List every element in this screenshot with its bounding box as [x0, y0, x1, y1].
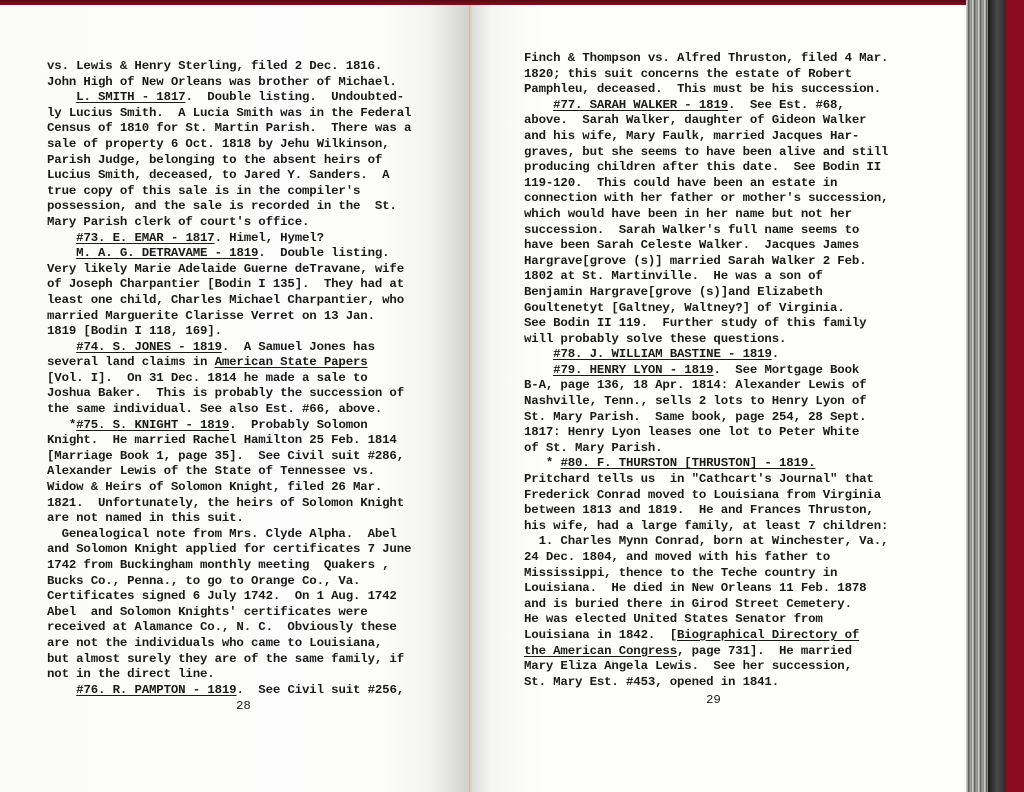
- text-segment: [524, 98, 553, 112]
- text-line: Bucks Co., Penna., to go to Orange Co., …: [47, 574, 411, 590]
- text-line: * #80. F. THURSTON [THRUSTON] - 1819.: [524, 456, 888, 472]
- text-segment: are not named in this suit.: [47, 511, 244, 525]
- underlined-heading: #75. S. KNIGHT - 1819: [76, 418, 229, 432]
- text-line: 1. Charles Mynn Conrad, born at Winchest…: [524, 534, 888, 550]
- text-line: his wife, had a large family, at least 7…: [524, 519, 888, 535]
- text-segment: Pritchard tells us in "Cathcart's Journa…: [524, 472, 874, 486]
- text-line: Lucius Smith, deceased, to Jared Y. Sand…: [47, 168, 411, 184]
- text-line: John High of New Orleans was brother of …: [47, 75, 411, 91]
- text-segment: and his wife, Mary Faulk, married Jacque…: [524, 129, 859, 143]
- text-line: sale of property 6 Oct. 1818 by Jehu Wil…: [47, 137, 411, 153]
- text-segment: Certificates signed 6 July 1742. On 1 Au…: [47, 589, 397, 603]
- text-segment: least one child, Charles Michael Charpan…: [47, 293, 404, 307]
- left-page-text: vs. Lewis & Henry Sterling, filed 2 Dec.…: [47, 59, 411, 698]
- text-line: are not the individuals who came to Loui…: [47, 636, 411, 652]
- text-segment: [Vol. I]. On 31 Dec. 1814 he made a sale…: [47, 371, 368, 385]
- text-segment: of St. Mary Parish.: [524, 441, 662, 455]
- text-segment: . Double listing.: [258, 246, 389, 260]
- text-segment: *: [524, 456, 560, 470]
- text-segment: 1819 [Bodin I 118, 169].: [47, 324, 222, 338]
- underlined-heading: #80. F. THURSTON [THRUSTON] - 1819.: [560, 456, 815, 470]
- text-segment: . Probably Solomon: [229, 418, 367, 432]
- text-segment: the same individual. See also Est. #66, …: [47, 402, 382, 416]
- text-line: will probably solve these questions.: [524, 332, 888, 348]
- text-segment: Frederick Conrad moved to Louisiana from…: [524, 488, 881, 502]
- text-segment: of Joseph Charpantier [Bodin I 135]. The…: [47, 277, 404, 291]
- text-line: possession, and the sale is recorded in …: [47, 199, 411, 215]
- text-line: [Marriage Book 1, page 35]. See Civil su…: [47, 449, 411, 465]
- underlined-heading: #79. HENRY LYON - 1819: [553, 363, 713, 377]
- text-line: between 1813 and 1819. He and Frances Th…: [524, 503, 888, 519]
- text-segment: Mississippi, thence to the Teche country…: [524, 566, 837, 580]
- text-segment: 1817: Henry Lyon leases one lot to Peter…: [524, 425, 859, 439]
- left-page: vs. Lewis & Henry Sterling, filed 2 Dec.…: [0, 5, 470, 792]
- text-line: Mary Eliza Angela Lewis. See her success…: [524, 659, 888, 675]
- text-line: 119-120. This could have been an estate …: [524, 176, 888, 192]
- text-segment: have been Sarah Celeste Walker. Jacques …: [524, 238, 859, 252]
- text-segment: Benjamin Hargrave[grove (s)]and Elizabet…: [524, 285, 823, 299]
- text-line: Goultenetyt [Galtney, Waltney?] of Virgi…: [524, 301, 888, 317]
- text-line: Genealogical note from Mrs. Clyde Alpha.…: [47, 527, 411, 543]
- text-segment: connection with her father or mother's s…: [524, 191, 888, 205]
- text-segment: possession, and the sale is recorded in …: [47, 199, 397, 213]
- text-segment: St. Mary Parish. Same book, page 254, 28…: [524, 410, 866, 424]
- text-segment: which would have been in her name but no…: [524, 207, 852, 221]
- text-line: St. Mary Parish. Same book, page 254, 28…: [524, 410, 888, 426]
- text-segment: Knight. He married Rachel Hamilton 25 Fe…: [47, 433, 397, 447]
- text-segment: 1802 at St. Martinville. He was a son of: [524, 269, 823, 283]
- text-line: #76. R. PAMPTON - 1819. See Civil suit #…: [47, 683, 411, 699]
- text-segment: Joshua Baker. This is probably the succe…: [47, 386, 404, 400]
- text-segment: Genealogical note from Mrs. Clyde Alpha.…: [47, 527, 397, 541]
- text-line: Census of 1810 for St. Martin Parish. Th…: [47, 121, 411, 137]
- text-segment: . See Civil suit #256,: [236, 683, 404, 697]
- text-line: not in the direct line.: [47, 667, 411, 683]
- text-line: Abel and Solomon Knights' certificates w…: [47, 605, 411, 621]
- text-segment: Alexander Lewis of the State of Tennesse…: [47, 464, 375, 478]
- text-segment: [47, 231, 76, 245]
- text-segment: See Bodin II 119. Further study of this …: [524, 316, 866, 330]
- text-segment: his wife, had a large family, at least 7…: [524, 519, 888, 533]
- text-line: Joshua Baker. This is probably the succe…: [47, 386, 411, 402]
- underlined-heading: #77. SARAH WALKER - 1819: [553, 98, 728, 112]
- text-line: #77. SARAH WALKER - 1819. See Est. #68,: [524, 98, 888, 114]
- text-segment: 1820; this suit concerns the estate of R…: [524, 67, 852, 81]
- text-line: #74. S. JONES - 1819. A Samuel Jones has: [47, 340, 411, 356]
- text-line: and Solomon Knight applied for certifica…: [47, 542, 411, 558]
- text-line: Knight. He married Rachel Hamilton 25 Fe…: [47, 433, 411, 449]
- text-line: 1821. Unfortunately, the heirs of Solomo…: [47, 496, 411, 512]
- text-line: vs. Lewis & Henry Sterling, filed 2 Dec.…: [47, 59, 411, 75]
- text-segment: [47, 90, 76, 104]
- page-number-left: 28: [236, 699, 251, 713]
- underlined-heading: M. A. G. DETRAVAME - 1819: [76, 246, 258, 260]
- text-line: 1742 from Buckingham monthly meeting Qua…: [47, 558, 411, 574]
- text-line: above. Sarah Walker, daughter of Gideon …: [524, 113, 888, 129]
- text-line: Pritchard tells us in "Cathcart's Journa…: [524, 472, 888, 488]
- text-segment: will probably solve these questions.: [524, 332, 786, 346]
- text-segment: 119-120. This could have been an estate …: [524, 176, 837, 190]
- text-segment: sale of property 6 Oct. 1818 by Jehu Wil…: [47, 137, 389, 151]
- text-line: Louisiana in 1842. [Biographical Directo…: [524, 628, 888, 644]
- underlined-heading: American State Papers: [215, 355, 368, 369]
- text-segment: Bucks Co., Penna., to go to Orange Co., …: [47, 574, 360, 588]
- text-line: Benjamin Hargrave[grove (s)]and Elizabet…: [524, 285, 888, 301]
- text-line: B-A, page 136, 18 Apr. 1814: Alexander L…: [524, 378, 888, 394]
- text-line: Mississippi, thence to the Teche country…: [524, 566, 888, 582]
- text-segment: above. Sarah Walker, daughter of Gideon …: [524, 113, 866, 127]
- text-segment: . Double listing. Undoubted-: [185, 90, 404, 104]
- text-line: are not named in this suit.: [47, 511, 411, 527]
- text-line: See Bodin II 119. Further study of this …: [524, 316, 888, 332]
- text-line: Pamphleu, deceased. This must be his suc…: [524, 82, 888, 98]
- text-segment: Pamphleu, deceased. This must be his suc…: [524, 82, 881, 96]
- text-segment: several land claims in: [47, 355, 215, 369]
- text-segment: John High of New Orleans was brother of …: [47, 75, 397, 89]
- text-segment: Louisiana in 1842. [: [524, 628, 677, 642]
- text-line: Very likely Marie Adelaide Guerne deTrav…: [47, 262, 411, 278]
- text-segment: [47, 246, 76, 260]
- text-line: M. A. G. DETRAVAME - 1819. Double listin…: [47, 246, 411, 262]
- text-segment: [47, 683, 76, 697]
- text-line: Parish Judge, belonging to the absent he…: [47, 153, 411, 169]
- text-segment: true copy of this sale is in the compile…: [47, 184, 360, 198]
- text-segment: 1821. Unfortunately, the heirs of Solomo…: [47, 496, 404, 510]
- text-line: the American Congress, page 731]. He mar…: [524, 644, 888, 660]
- text-segment: , page 731]. He married: [677, 644, 852, 658]
- text-line: Frederick Conrad moved to Louisiana from…: [524, 488, 888, 504]
- text-segment: Hargrave[grove (s)] married Sarah Walker…: [524, 254, 866, 268]
- text-segment: but almost surely they are of the same f…: [47, 652, 404, 666]
- text-line: *#75. S. KNIGHT - 1819. Probably Solomon: [47, 418, 411, 434]
- text-segment: Louisiana. He died in New Orleans 11 Feb…: [524, 581, 866, 595]
- text-line: connection with her father or mother's s…: [524, 191, 888, 207]
- text-segment: ly Lucius Smith. A Lucia Smith was in th…: [47, 106, 411, 120]
- text-segment: Lucius Smith, deceased, to Jared Y. Sand…: [47, 168, 389, 182]
- underlined-heading: #73. E. EMAR - 1817: [76, 231, 214, 245]
- text-line: Widow & Heirs of Solomon Knight, filed 2…: [47, 480, 411, 496]
- text-segment: [47, 340, 76, 354]
- text-segment: graves, but she seems to have been alive…: [524, 145, 888, 159]
- underlined-heading: the American Congress: [524, 644, 677, 658]
- text-segment: [524, 347, 553, 361]
- underlined-heading: L. SMITH - 1817: [76, 90, 185, 104]
- text-segment: Nashville, Tenn., sells 2 lots to Henry …: [524, 394, 866, 408]
- text-line: Hargrave[grove (s)] married Sarah Walker…: [524, 254, 888, 270]
- text-segment: Goultenetyt [Galtney, Waltney?] of Virgi…: [524, 301, 845, 315]
- text-line: and his wife, Mary Faulk, married Jacque…: [524, 129, 888, 145]
- underlined-heading: Biographical Directory of: [677, 628, 859, 642]
- underlined-heading: #74. S. JONES - 1819: [76, 340, 222, 354]
- right-page: Finch & Thompson vs. Alfred Thruston, fi…: [472, 5, 968, 792]
- text-segment: vs. Lewis & Henry Sterling, filed 2 Dec.…: [47, 59, 382, 73]
- text-line: Finch & Thompson vs. Alfred Thruston, fi…: [524, 51, 888, 67]
- text-line: received at Alamance Co., N. C. Obviousl…: [47, 620, 411, 636]
- text-segment: Parish Judge, belonging to the absent he…: [47, 153, 382, 167]
- text-line: [Vol. I]. On 31 Dec. 1814 he made a sale…: [47, 371, 411, 387]
- text-segment: producing children after this date. See …: [524, 160, 881, 174]
- text-segment: Mary Eliza Angela Lewis. See her success…: [524, 659, 852, 673]
- text-segment: . Himel, Hymel?: [215, 231, 324, 245]
- text-segment: Census of 1810 for St. Martin Parish. Th…: [47, 121, 411, 135]
- text-segment: married Marguerite Clarisse Verret on 13…: [47, 309, 375, 323]
- text-line: #73. E. EMAR - 1817. Himel, Hymel?: [47, 231, 411, 247]
- text-segment: .: [772, 347, 779, 361]
- text-segment: [524, 363, 553, 377]
- right-page-text: Finch & Thompson vs. Alfred Thruston, fi…: [524, 51, 888, 690]
- underlined-heading: #76. R. PAMPTON - 1819: [76, 683, 236, 697]
- text-segment: Widow & Heirs of Solomon Knight, filed 2…: [47, 480, 382, 494]
- text-line: #78. J. WILLIAM BASTINE - 1819.: [524, 347, 888, 363]
- text-line: graves, but she seems to have been alive…: [524, 145, 888, 161]
- text-segment: . A Samuel Jones has: [222, 340, 375, 354]
- text-line: He was elected United States Senator fro…: [524, 612, 888, 628]
- text-segment: *: [47, 418, 76, 432]
- text-line: Mary Parish clerk of court's office.: [47, 215, 411, 231]
- text-line: St. Mary Est. #453, opened in 1841.: [524, 675, 888, 691]
- text-segment: Mary Parish clerk of court's office.: [47, 215, 309, 229]
- text-segment: . See Mortgage Book: [713, 363, 859, 377]
- text-segment: Finch & Thompson vs. Alfred Thruston, fi…: [524, 51, 888, 65]
- text-segment: 24 Dec. 1804, and moved with his father …: [524, 550, 830, 564]
- text-segment: St. Mary Est. #453, opened in 1841.: [524, 675, 779, 689]
- text-segment: and Solomon Knight applied for certifica…: [47, 542, 411, 556]
- text-segment: received at Alamance Co., N. C. Obviousl…: [47, 620, 397, 634]
- text-line: Certificates signed 6 July 1742. On 1 Au…: [47, 589, 411, 605]
- text-line: 1820; this suit concerns the estate of R…: [524, 67, 888, 83]
- text-segment: [Marriage Book 1, page 35]. See Civil su…: [47, 449, 404, 463]
- text-line: #79. HENRY LYON - 1819. See Mortgage Boo…: [524, 363, 888, 379]
- text-segment: B-A, page 136, 18 Apr. 1814: Alexander L…: [524, 378, 866, 392]
- text-line: least one child, Charles Michael Charpan…: [47, 293, 411, 309]
- text-line: true copy of this sale is in the compile…: [47, 184, 411, 200]
- text-segment: Abel and Solomon Knights' certificates w…: [47, 605, 368, 619]
- text-segment: 1. Charles Mynn Conrad, born at Winchest…: [524, 534, 888, 548]
- text-line: married Marguerite Clarisse Verret on 13…: [47, 309, 411, 325]
- text-line: succession. Sarah Walker's full name see…: [524, 223, 888, 239]
- page-number-right: 29: [706, 693, 721, 707]
- page-edges-stack: [966, 0, 1006, 792]
- text-line: producing children after this date. See …: [524, 160, 888, 176]
- text-segment: between 1813 and 1819. He and Frances Th…: [524, 503, 874, 517]
- text-segment: . See Est. #68,: [728, 98, 845, 112]
- text-segment: and is buried there in Girod Street Ceme…: [524, 597, 852, 611]
- book-back-cover: [1006, 0, 1024, 792]
- text-line: ly Lucius Smith. A Lucia Smith was in th…: [47, 106, 411, 122]
- text-line: 1819 [Bodin I 118, 169].: [47, 324, 411, 340]
- text-line: Louisiana. He died in New Orleans 11 Feb…: [524, 581, 888, 597]
- text-line: Nashville, Tenn., sells 2 lots to Henry …: [524, 394, 888, 410]
- underlined-heading: #78. J. WILLIAM BASTINE - 1819: [553, 347, 772, 361]
- text-segment: are not the individuals who came to Loui…: [47, 636, 382, 650]
- text-line: 1802 at St. Martinville. He was a son of: [524, 269, 888, 285]
- text-line: of St. Mary Parish.: [524, 441, 888, 457]
- text-segment: 1742 from Buckingham monthly meeting Qua…: [47, 558, 389, 572]
- text-segment: not in the direct line.: [47, 667, 215, 681]
- text-line: L. SMITH - 1817. Double listing. Undoubt…: [47, 90, 411, 106]
- text-line: of Joseph Charpantier [Bodin I 135]. The…: [47, 277, 411, 293]
- text-line: and is buried there in Girod Street Ceme…: [524, 597, 888, 613]
- text-line: have been Sarah Celeste Walker. Jacques …: [524, 238, 888, 254]
- text-segment: He was elected United States Senator fro…: [524, 612, 823, 626]
- text-line: which would have been in her name but no…: [524, 207, 888, 223]
- text-line: but almost surely they are of the same f…: [47, 652, 411, 668]
- text-line: the same individual. See also Est. #66, …: [47, 402, 411, 418]
- text-line: Alexander Lewis of the State of Tennesse…: [47, 464, 411, 480]
- text-line: 1817: Henry Lyon leases one lot to Peter…: [524, 425, 888, 441]
- text-line: 24 Dec. 1804, and moved with his father …: [524, 550, 888, 566]
- text-segment: Very likely Marie Adelaide Guerne deTrav…: [47, 262, 404, 276]
- text-segment: succession. Sarah Walker's full name see…: [524, 223, 859, 237]
- text-line: several land claims in American State Pa…: [47, 355, 411, 371]
